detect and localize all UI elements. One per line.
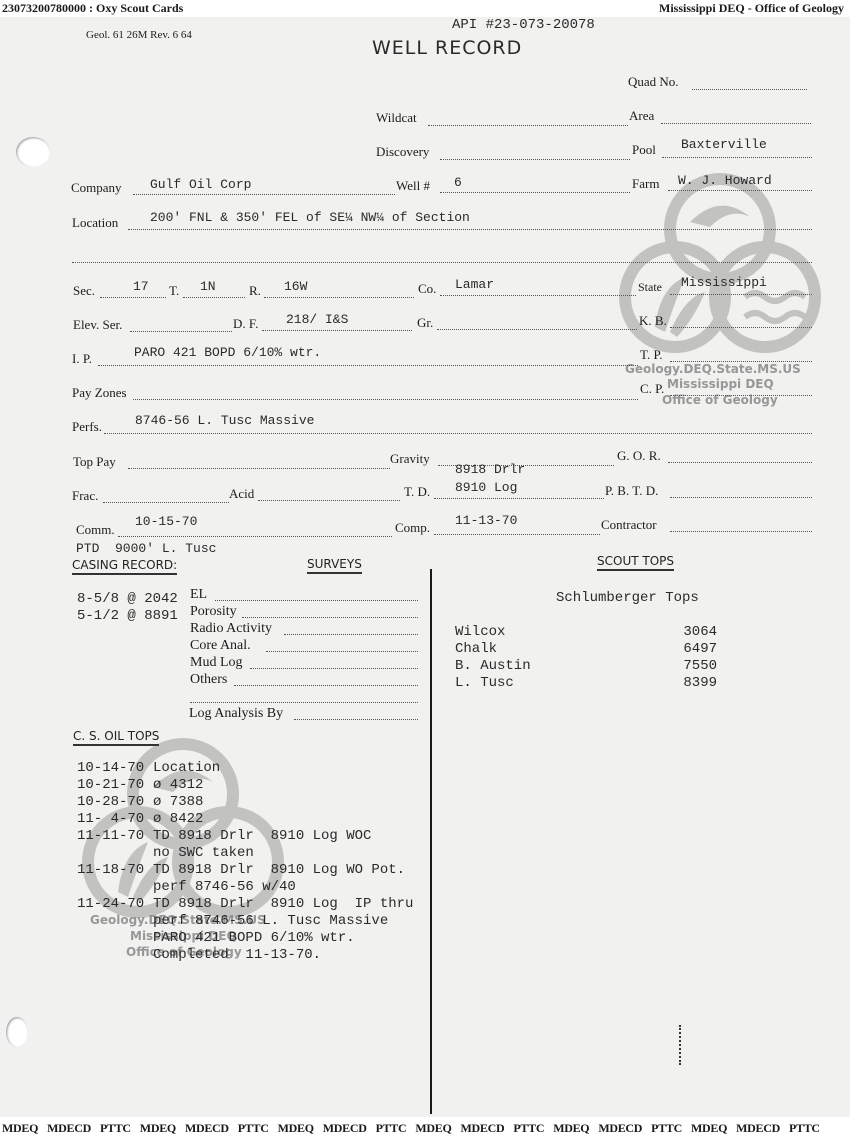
pbtd-field: [670, 497, 812, 498]
discovery-label: Discovery: [376, 144, 429, 160]
footer-tag: PTTC: [376, 1121, 407, 1136]
formation-name: Wilcox: [455, 624, 505, 640]
township-value: 1N: [200, 279, 216, 294]
sec-field: [100, 297, 166, 298]
formation-depth: 6497: [683, 641, 717, 657]
footer-tag: PTTC: [651, 1121, 682, 1136]
footer-tag: MDECD: [185, 1121, 229, 1136]
location-value: 200' FNL & 350' FEL of SE¼ NW¼ of Sectio…: [150, 210, 470, 225]
wildcat-label: Wildcat: [376, 110, 417, 126]
acid-field: [258, 500, 400, 501]
survey-mud-log-label: Mud Log: [190, 655, 243, 671]
scout-top-row: Wilcox 3064: [455, 624, 720, 641]
survey-core-anal-label: Core Anal.: [190, 638, 251, 654]
document-id-title: 23073200780000 : Oxy Scout Cards: [2, 1, 183, 16]
df-label: D. F.: [233, 316, 258, 332]
form-number: Geol. 61 26M Rev. 6 64: [86, 29, 192, 41]
gr-label: Gr.: [417, 315, 433, 331]
range-field: [264, 297, 414, 298]
survey-porosity-label: Porosity: [190, 604, 237, 620]
form-title: WELL RECORD: [372, 37, 522, 59]
formation-name: B. Austin: [455, 658, 531, 674]
td-value-drlr: 8918 Drlr: [455, 462, 525, 477]
area-label: Area: [629, 108, 654, 124]
cp-field: [670, 395, 812, 396]
kb-label: K. B.: [639, 313, 667, 329]
footer-tag: MDEQ: [553, 1121, 589, 1136]
formation-name: Chalk: [455, 641, 497, 657]
acid-label: Acid: [229, 486, 254, 502]
contractor-label: Contractor: [601, 517, 657, 533]
oil-top-line: 11-11-70TD 8918 Drlr 8910 Log WOC: [77, 828, 413, 845]
surveys-heading: SURVEYS: [307, 557, 362, 574]
log-analysis-by-field: [294, 719, 418, 720]
footer-tag: PTTC: [238, 1121, 269, 1136]
footer-tag: MDECD: [736, 1121, 780, 1136]
perfs-value: 8746-56 L. Tusc Massive: [135, 413, 314, 428]
footer-tag: MDECD: [598, 1121, 642, 1136]
oil-top-line: PARO 421 BOPD 6/10% wtr.: [77, 930, 413, 947]
punch-hole: [6, 1017, 28, 1047]
comm-field: [118, 536, 392, 537]
farm-field: [668, 190, 812, 191]
footer-tag: MDEQ: [691, 1121, 727, 1136]
footer-tag: MDECD: [323, 1121, 367, 1136]
watermark-url: Geology.DEQ.State.MS.US: [625, 362, 801, 376]
location-field-line2: [72, 262, 812, 263]
footer-tag: MDECD: [461, 1121, 505, 1136]
well-record-card: Geology.DEQ.State.MS.US Mississippi DEQ …: [0, 17, 850, 1117]
frac-field: [103, 502, 229, 503]
gravity-label: Gravity: [390, 451, 430, 467]
api-number: API #23-073-20078: [452, 17, 595, 33]
casing-item: 8-5/8 @ 2042: [77, 591, 178, 607]
pay-zones-label: Pay Zones: [72, 385, 127, 401]
frac-label: Frac.: [72, 488, 98, 504]
area-field: [661, 123, 811, 124]
footer-tag: MDECD: [47, 1121, 91, 1136]
scout-tops-heading: SCOUT TOPS: [597, 554, 674, 571]
survey-core-anal-field: [266, 651, 418, 652]
oil-top-line: 10-14-70Location: [77, 760, 413, 777]
formation-depth: 8399: [683, 675, 717, 691]
agency-title: Mississippi DEQ - Office of Geology: [659, 1, 844, 16]
farm-value: W. J. Howard: [678, 173, 772, 188]
oil-top-line: 10-28-70ø 7388: [77, 794, 413, 811]
ip-value: PARO 421 BOPD 6/10% wtr.: [134, 345, 321, 360]
ip-field: [98, 365, 638, 366]
survey-radio-activity-label: Radio Activity: [190, 621, 272, 637]
tp-label: T. P.: [640, 347, 663, 363]
survey-others-field: [234, 685, 418, 686]
df-field: [262, 330, 412, 331]
oil-top-line: 11-24-70TD 8918 Drlr 8910 Log IP thru: [77, 896, 413, 913]
casing-record-heading: CASING RECORD:: [72, 558, 177, 575]
scout-top-row: L. Tusc 8399: [455, 675, 720, 692]
oil-top-line: 11- 4-70ø 8422: [77, 811, 413, 828]
oil-top-line: 10-21-70ø 4312: [77, 777, 413, 794]
county-value: Lamar: [455, 277, 494, 292]
range-value: 16W: [284, 279, 307, 294]
casing-item: 5-1/2 @ 8891: [77, 608, 178, 624]
location-field: [128, 229, 812, 230]
oil-top-line: perf 8746-56 L. Tusc Massive: [77, 913, 413, 930]
township-field: [183, 297, 245, 298]
quad-no-field: [692, 89, 807, 90]
scout-tops-subheading: Schlumberger Tops: [556, 590, 699, 606]
company-value: Gulf Oil Corp: [150, 177, 251, 192]
footer-bar: MDEQMDECDPTTCMDEQMDECDPTTCMDEQMDECDPTTCM…: [0, 1117, 850, 1137]
td-field: [434, 498, 604, 499]
survey-others-label: Others: [190, 672, 227, 688]
footer-tag: PTTC: [100, 1121, 131, 1136]
wildcat-field: [428, 125, 628, 126]
log-analysis-by-label: Log Analysis By: [189, 706, 283, 722]
td-label: T. D.: [404, 484, 430, 500]
county-field: [440, 295, 636, 296]
location-label: Location: [72, 215, 118, 231]
cp-label: C. P.: [640, 381, 664, 397]
comp-field: [434, 534, 600, 535]
oil-top-line: 11-18-70TD 8918 Drlr 8910 Log WO Pot.: [77, 862, 413, 879]
mdeq-logo-watermark: [615, 167, 825, 362]
well-no-value: 6: [454, 175, 462, 190]
df-value: 218/ I&S: [286, 312, 348, 327]
formation-depth: 7550: [683, 658, 717, 674]
state-label: State: [638, 280, 662, 295]
survey-el-label: EL: [190, 587, 207, 603]
comm-value: 10-15-70: [135, 514, 197, 529]
oil-top-line: no SWC taken: [77, 845, 413, 862]
footer-tag: MDEQ: [140, 1121, 176, 1136]
contractor-field: [670, 531, 812, 532]
scout-top-row: Chalk 6497: [455, 641, 720, 658]
company-label: Company: [71, 180, 122, 196]
pay-zones-field: [133, 399, 638, 400]
footer-tag: PTTC: [513, 1121, 544, 1136]
scout-top-row: B. Austin 7550: [455, 658, 720, 675]
gor-label: G. O. R.: [617, 448, 661, 464]
tp-field: [670, 361, 812, 362]
sec-label: Sec.: [73, 283, 95, 299]
punch-hole: [16, 137, 50, 167]
township-label: T.: [169, 283, 179, 299]
watermark-org: Mississippi DEQ: [667, 377, 774, 391]
county-label: Co.: [418, 281, 436, 297]
column-divider: [430, 569, 432, 1114]
comp-value: 11-13-70: [455, 513, 517, 528]
range-label: R.: [249, 283, 261, 299]
top-pay-label: Top Pay: [73, 454, 116, 470]
survey-blank-field: [190, 702, 418, 703]
well-no-label: Well #: [396, 178, 430, 194]
gr-field: [437, 329, 637, 330]
well-no-field: [440, 192, 630, 193]
formation-name: L. Tusc: [455, 675, 514, 691]
formation-depth: 3064: [683, 624, 717, 640]
gor-field: [668, 462, 812, 463]
footer-tag: MDEQ: [415, 1121, 451, 1136]
perfs-label: Perfs.: [72, 419, 102, 435]
sec-value: 17: [133, 279, 149, 294]
oil-top-line: perf 8746-56 w/40: [77, 879, 413, 896]
oil-top-line: Completed 11-13-70.: [77, 947, 413, 964]
quad-no-label: Quad No.: [628, 74, 679, 90]
farm-label: Farm: [632, 176, 659, 192]
elev-ser-label: Elev. Ser.: [73, 317, 122, 333]
survey-radio-activity-field: [284, 634, 418, 635]
footer-tag: MDEQ: [2, 1121, 38, 1136]
cs-oil-tops-heading: C. S. OIL TOPS: [73, 729, 159, 746]
scout-tops-table: Wilcox 3064 Chalk 6497 B. Austin 7550 L.…: [455, 624, 720, 692]
cs-oil-tops-list: 10-14-70Location 10-21-70ø 4312 10-28-70…: [77, 760, 413, 964]
comm-label: Comm.: [76, 522, 115, 538]
pbtd-label: P. B. T. D.: [605, 483, 658, 499]
ink-mark: [679, 1025, 683, 1065]
ip-label: I. P.: [72, 351, 92, 367]
comp-label: Comp.: [395, 520, 430, 536]
footer-tag: MDEQ: [278, 1121, 314, 1136]
pool-value: Baxterville: [681, 137, 767, 152]
discovery-field: [440, 159, 630, 160]
survey-el-field: [215, 600, 418, 601]
ptd-note: PTD 9000' L. Tusc: [76, 541, 216, 556]
state-field: [670, 294, 812, 295]
state-value: Mississippi: [681, 275, 767, 290]
perfs-field: [104, 433, 812, 434]
survey-porosity-field: [242, 617, 418, 618]
td-value-log: 8910 Log: [455, 480, 517, 495]
footer-tag: PTTC: [789, 1121, 820, 1136]
pool-label: Pool: [632, 142, 656, 158]
top-pay-field: [128, 468, 390, 469]
company-field: [133, 194, 395, 195]
elev-ser-field: [130, 331, 232, 332]
header-bar: 23073200780000 : Oxy Scout Cards Mississ…: [0, 0, 850, 17]
pool-field: [662, 157, 812, 158]
survey-mud-log-field: [250, 668, 418, 669]
kb-field: [670, 327, 812, 328]
